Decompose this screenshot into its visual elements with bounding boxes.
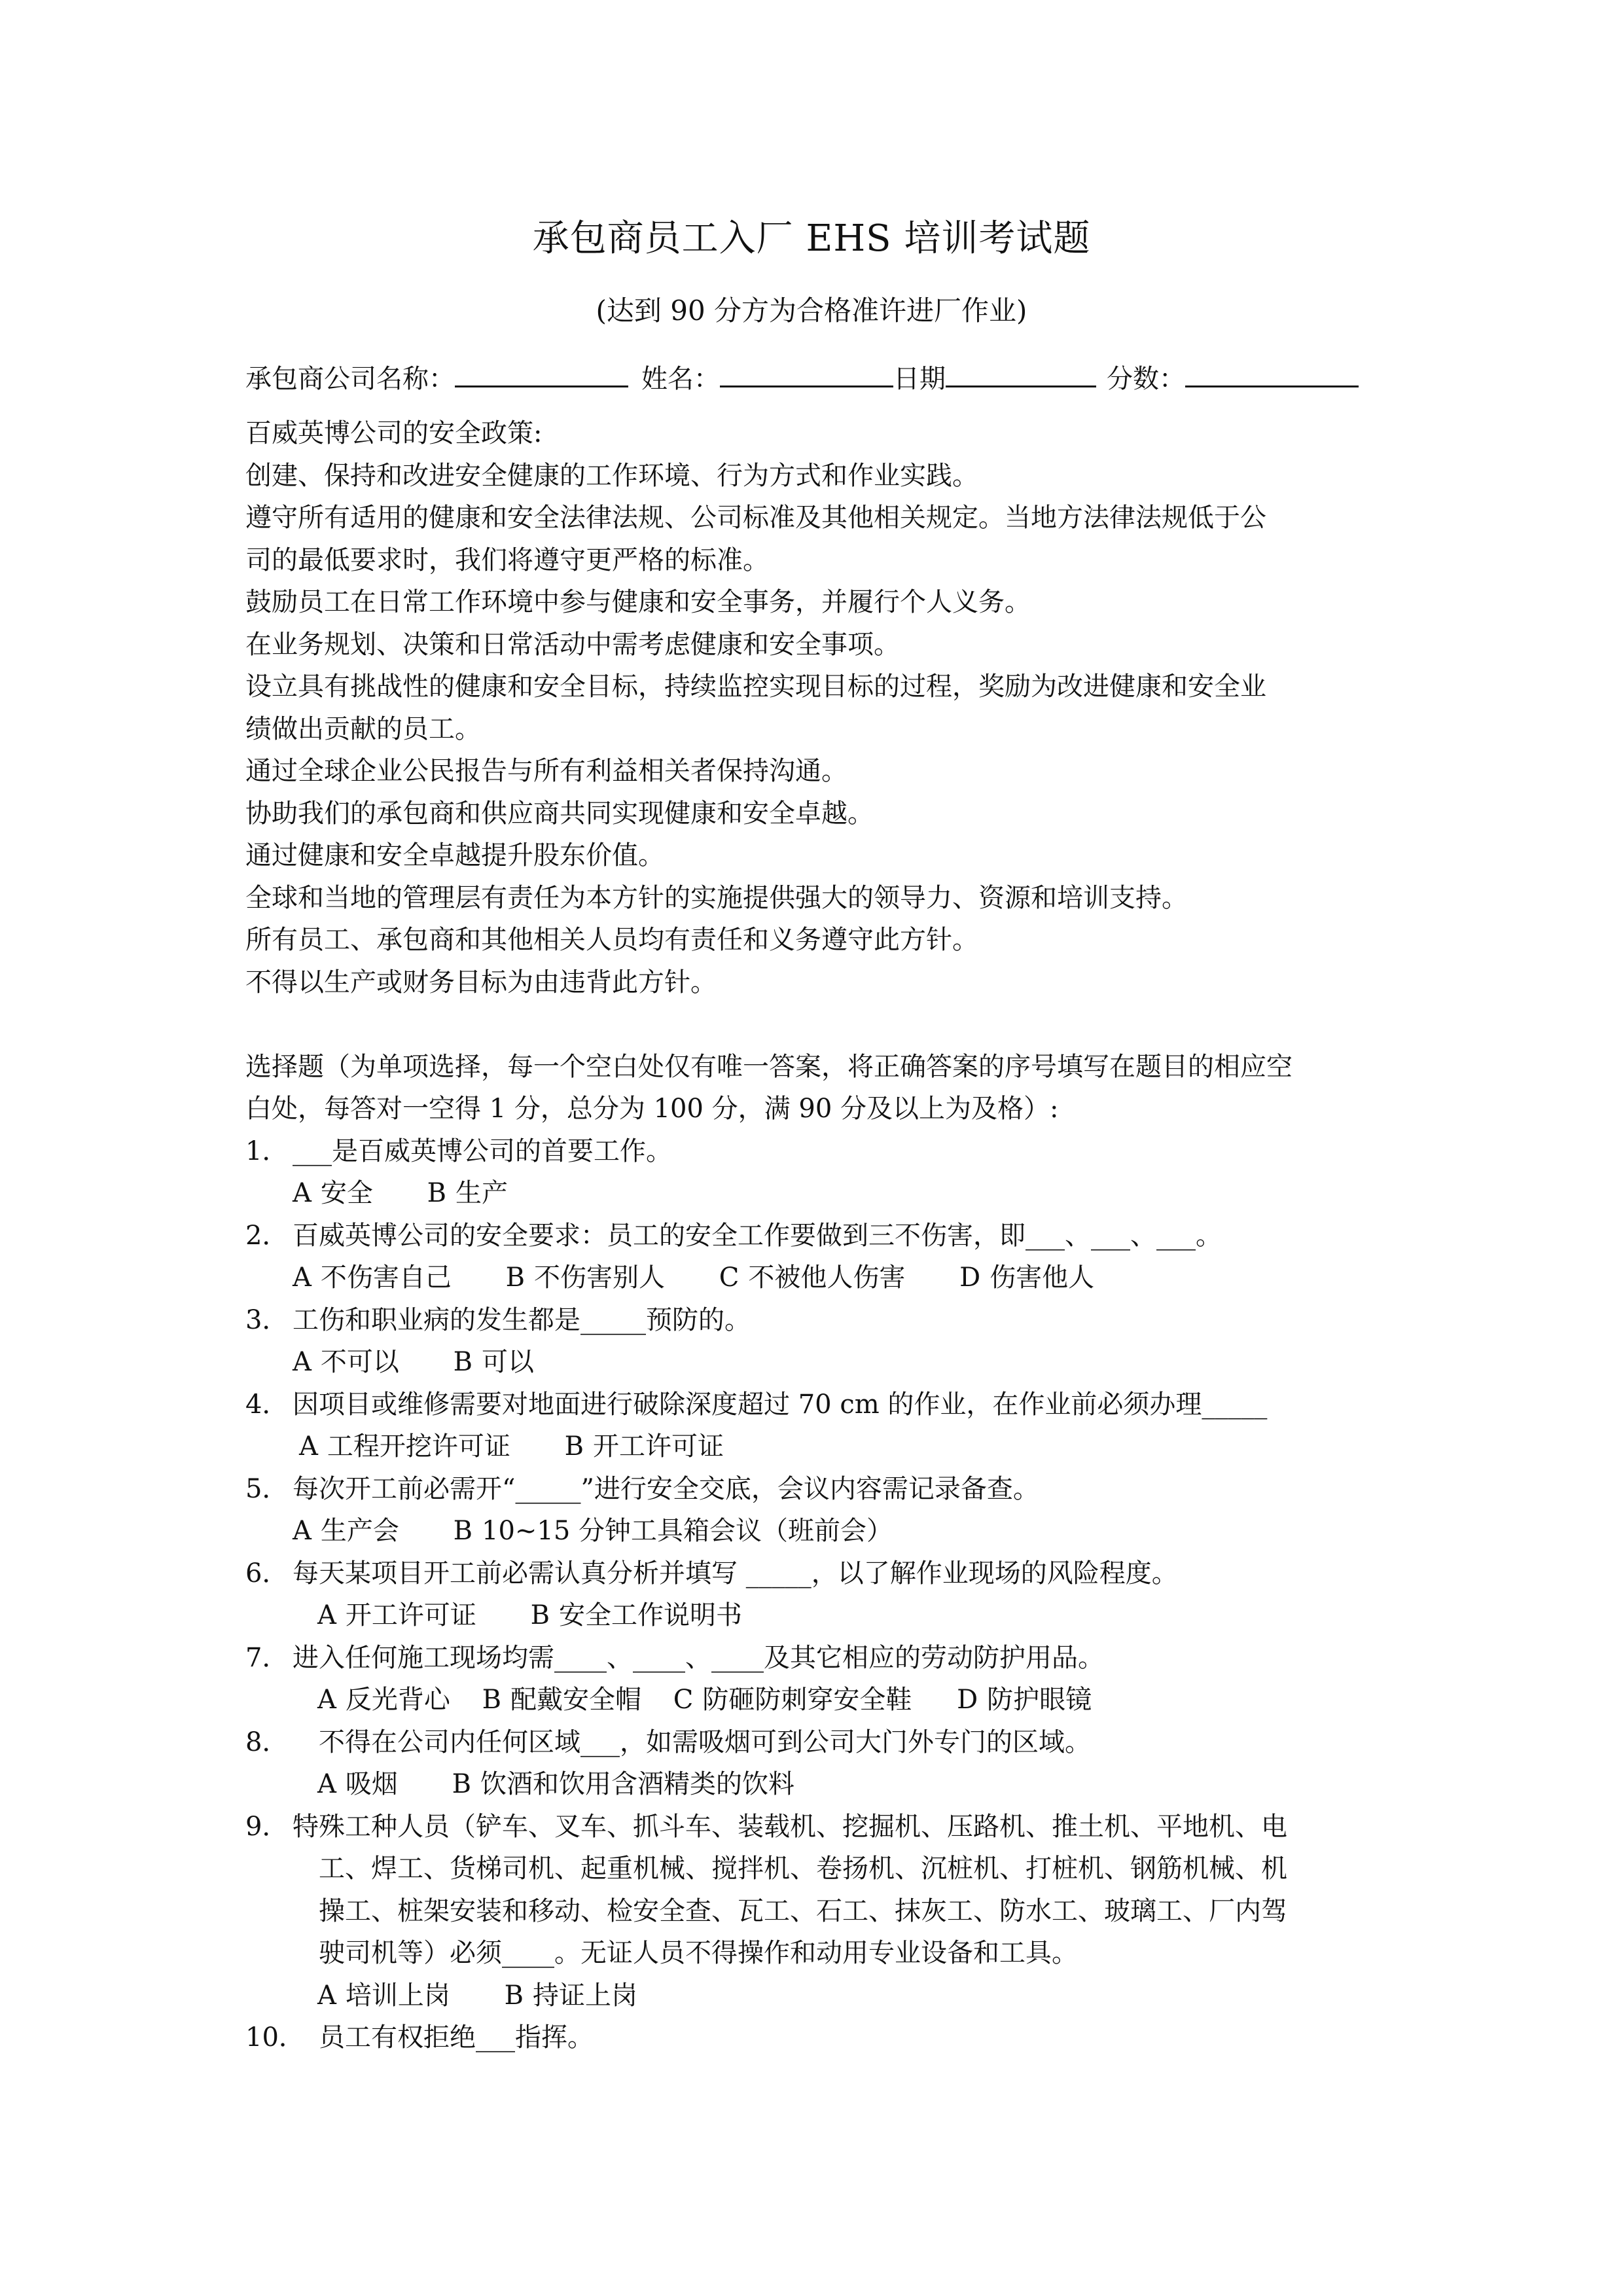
option-b[interactable]: B配戴安全帽 <box>482 1679 641 1721</box>
question-text: 因项目或维修需要对地面进行破除深度超过 70 cm 的作业，在作业前必须办理__… <box>293 1384 1267 1426</box>
question-text-continued: 操工、桩架安装和移动、检安全查、瓦工、石工、抹灰工、防水工、玻璃工、厂内驾 <box>245 1890 1378 1933</box>
question-7: 7． 进入任何施工现场均需____、____、____及其它相应的劳动防护用品。 <box>245 1637 1378 1679</box>
policy-line: 协助我们的承包商和供应商共同实现健康和安全卓越。 <box>245 793 1378 835</box>
question-text: ___是百威英博公司的首要工作。 <box>293 1130 672 1173</box>
policy-line: 司的最低要求时，我们将遵守更严格的标准。 <box>245 539 1378 582</box>
info-fields-row: 承包商公司名称： 姓名： 日期 分数： <box>245 357 1378 400</box>
question-3: 3． 工伤和职业病的发生都是_____预防的。 <box>245 1299 1378 1342</box>
instructions-line: 白处，每答对一空得 1 分，总分为 100 分，满 90 分及以上为及格）: <box>245 1088 1378 1130</box>
question-text: 工伤和职业病的发生都是_____预防的。 <box>293 1299 751 1342</box>
question-4-options: A工程开挖许可证 B开工许可证 <box>245 1426 1378 1468</box>
question-number: 4． <box>245 1384 293 1426</box>
option-c[interactable]: C防砸防刺穿安全鞋 <box>673 1679 912 1721</box>
policy-line: 鼓励员工在日常工作环境中参与健康和安全事务，并履行个人义务。 <box>245 581 1378 624</box>
option-b[interactable]: B饮酒和饮用含酒精类的饮料 <box>452 1763 794 1806</box>
question-text: 每次开工前必需开“_____”进行安全交底，会议内容需记录备查。 <box>293 1468 1039 1511</box>
policy-line: 绩做出贡献的员工。 <box>245 708 1378 751</box>
question-3-options: A不可以 B可以 <box>245 1341 1378 1384</box>
document-body: 百威英博公司的安全政策: 创建、保持和改进安全健康的工作环境、行为方式和作业实践… <box>245 412 1378 2059</box>
option-a[interactable]: A吸烟 <box>317 1763 398 1806</box>
question-1: 1． ___是百威英博公司的首要工作。 <box>245 1130 1378 1173</box>
question-10: 10． 员工有权拒绝___指挥。 <box>245 2017 1378 2059</box>
question-text: 不得在公司内任何区域___，如需吸烟可到公司大门外专门的区域。 <box>319 1721 1091 1764</box>
instructions-line: 选择题（为单项选择，每一个空白处仅有唯一答案，将正确答案的序号填写在题目的相应空 <box>245 1046 1378 1088</box>
policy-line: 全球和当地的管理层有责任为本方针的实施提供强大的领导力、资源和培训支持。 <box>245 877 1378 920</box>
question-4: 4． 因项目或维修需要对地面进行破除深度超过 70 cm 的作业，在作业前必须办… <box>245 1384 1378 1426</box>
option-a[interactable]: A不可以 <box>293 1341 399 1384</box>
option-a[interactable]: A不伤害自己 <box>293 1257 452 1299</box>
score-label: 分数： <box>1107 358 1185 400</box>
policy-line: 遵守所有适用的健康和安全法律法规、公司标准及其他相关规定。当地方法律法规低于公 <box>245 497 1378 539</box>
option-a[interactable]: A生产会 <box>293 1510 399 1552</box>
policy-line: 不得以生产或财务目标为由违背此方针。 <box>245 961 1378 1004</box>
option-c[interactable]: C不被他人伤害 <box>719 1257 906 1299</box>
question-number: 9． <box>245 1806 293 1848</box>
company-name-field[interactable] <box>455 357 628 387</box>
policy-heading: 百威英博公司的安全政策: <box>245 412 1378 455</box>
question-9-options: A培训上岗 B持证上岗 <box>245 1975 1378 2017</box>
policy-line: 通过健康和安全卓越提升股东价值。 <box>245 834 1378 877</box>
score-field[interactable] <box>1185 357 1359 387</box>
question-number: 8． <box>245 1721 319 1764</box>
question-number: 1． <box>245 1130 293 1173</box>
option-a[interactable]: A工程开挖许可证 <box>299 1426 510 1468</box>
question-9: 9． 特殊工种人员（铲车、叉车、抓斗车、装载机、挖掘机、压路机、推土机、平地机、… <box>245 1806 1378 1848</box>
option-a[interactable]: A反光背心 <box>317 1679 450 1721</box>
option-b[interactable]: B10~15 分钟工具箱会议（班前会） <box>454 1510 893 1552</box>
question-2-options: A不伤害自己 B不伤害别人 C不被他人伤害 D伤害他人 <box>245 1257 1378 1299</box>
question-number: 2． <box>245 1215 293 1257</box>
question-number: 5． <box>245 1468 293 1511</box>
question-5-options: A生产会 B10~15 分钟工具箱会议（班前会） <box>245 1510 1378 1552</box>
option-d[interactable]: D伤害他人 <box>959 1257 1094 1299</box>
question-text: 员工有权拒绝___指挥。 <box>319 2017 594 2059</box>
option-d[interactable]: D防护眼镜 <box>957 1679 1092 1721</box>
question-number: 10． <box>245 2017 319 2059</box>
policy-line: 所有员工、承包商和其他相关人员均有责任和义务遵守此方针。 <box>245 919 1378 961</box>
date-label: 日期 <box>893 358 946 400</box>
name-field[interactable] <box>720 357 893 387</box>
option-b[interactable]: B可以 <box>454 1341 534 1384</box>
question-text: 每天某项目开工前必需认真分析并填写 _____，以了解作业现场的风险程度。 <box>293 1552 1178 1595</box>
option-a[interactable]: A安全 <box>293 1172 373 1215</box>
option-b[interactable]: B持证上岗 <box>505 1975 637 2017</box>
question-5: 5． 每次开工前必需开“_____”进行安全交底，会议内容需记录备查。 <box>245 1468 1378 1511</box>
option-b[interactable]: B开工许可证 <box>565 1426 724 1468</box>
option-a[interactable]: A培训上岗 <box>317 1975 450 2017</box>
question-text: 百威英博公司的安全要求：员工的安全工作要做到三不伤害，即___、___、___。 <box>293 1215 1222 1257</box>
policy-line: 在业务规划、决策和日常活动中需考虑健康和安全事项。 <box>245 624 1378 666</box>
question-8-options: A吸烟 B饮酒和饮用含酒精类的饮料 <box>245 1763 1378 1806</box>
option-b[interactable]: B安全工作说明书 <box>531 1594 742 1637</box>
question-number: 3． <box>245 1299 293 1342</box>
date-field[interactable] <box>946 357 1096 387</box>
option-b[interactable]: B不伤害别人 <box>506 1257 665 1299</box>
question-6: 6． 每天某项目开工前必需认真分析并填写 _____，以了解作业现场的风险程度。 <box>245 1552 1378 1595</box>
name-label: 姓名： <box>641 358 720 400</box>
company-name-label: 承包商公司名称： <box>245 358 455 400</box>
option-b[interactable]: B生产 <box>427 1172 508 1215</box>
question-text-continued: 驶司机等）必须____。无证人员不得操作和动用专业设备和工具。 <box>245 1932 1378 1975</box>
policy-line: 通过全球企业公民报告与所有利益相关者保持沟通。 <box>245 750 1378 793</box>
question-number: 7． <box>245 1637 293 1679</box>
question-6-options: A开工许可证 B安全工作说明书 <box>245 1594 1378 1637</box>
policy-line: 设立具有挑战性的健康和安全目标，持续监控实现目标的过程，奖励为改进健康和安全业 <box>245 666 1378 708</box>
policy-line: 创建、保持和改进安全健康的工作环境、行为方式和作业实践。 <box>245 455 1378 497</box>
page-subtitle: (达到 90 分方为合格准许进厂作业) <box>245 291 1378 331</box>
question-text-continued: 工、焊工、货梯司机、起重机械、搅拌机、卷扬机、沉桩机、打桩机、钢筋机械、机 <box>245 1848 1378 1890</box>
question-2: 2． 百威英博公司的安全要求：员工的安全工作要做到三不伤害，即___、___、_… <box>245 1215 1378 1257</box>
question-7-options: A反光背心 B配戴安全帽 C防砸防刺穿安全鞋 D防护眼镜 <box>245 1679 1378 1721</box>
page-title: 承包商员工入厂 EHS 培训考试题 <box>245 213 1378 265</box>
question-number: 6． <box>245 1552 293 1595</box>
question-text: 特殊工种人员（铲车、叉车、抓斗车、装载机、挖掘机、压路机、推土机、平地机、电 <box>293 1806 1287 1848</box>
question-1-options: A安全 B生产 <box>245 1172 1378 1215</box>
question-8: 8． 不得在公司内任何区域___，如需吸烟可到公司大门外专门的区域。 <box>245 1721 1378 1764</box>
option-a[interactable]: A开工许可证 <box>317 1594 476 1637</box>
question-text: 进入任何施工现场均需____、____、____及其它相应的劳动防护用品。 <box>293 1637 1104 1679</box>
